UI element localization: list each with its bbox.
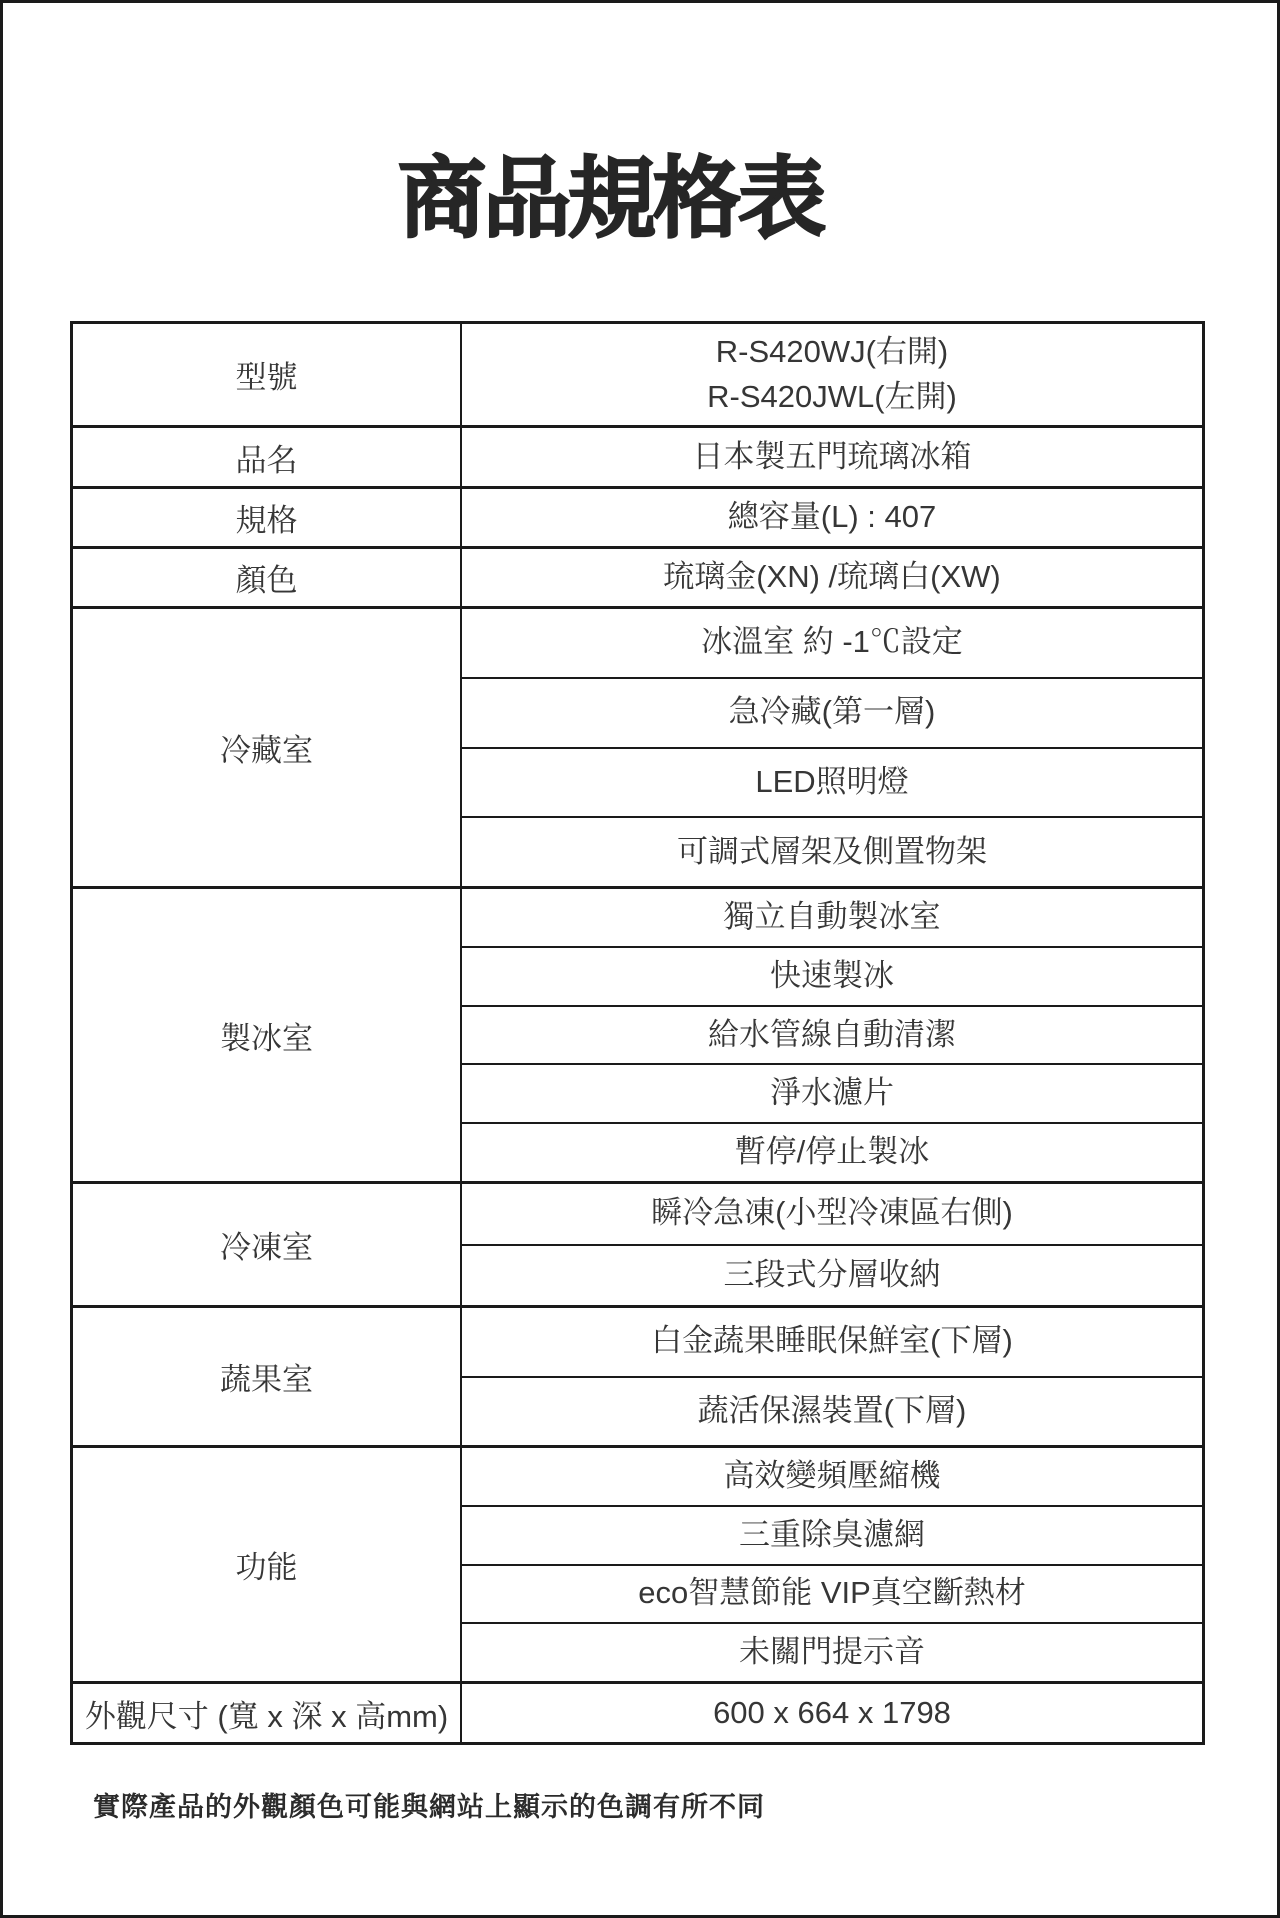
spec-value-cell: 暫停/停止製冰 <box>462 1122 1202 1181</box>
spec-value-cell: 三重除臭濾網 <box>462 1505 1202 1564</box>
spec-value-cell: 高效變頻壓縮機 <box>462 1448 1202 1505</box>
spec-value-cell: 獨立自動製冰室 <box>462 889 1202 946</box>
row-label: 顏色 <box>73 549 462 606</box>
row-values: 600 x 664 x 1798 <box>462 1684 1202 1742</box>
row-values: R-S420WJ(右開) R-S420JWL(左開) <box>462 324 1202 425</box>
spec-value-cell: 600 x 664 x 1798 <box>462 1684 1202 1742</box>
table-row: 製冰室獨立自動製冰室快速製冰給水管線自動清潔淨水濾片暫停/停止製冰 <box>73 886 1202 1181</box>
spec-value-cell: 冰溫室 約 -1℃設定 <box>462 609 1202 677</box>
spec-value-cell: 瞬冷急凍(小型冷凍區右側) <box>462 1184 1202 1244</box>
spec-sheet-page: 商品規格表 型號R-S420WJ(右開) R-S420JWL(左開)品名日本製五… <box>0 0 1280 1918</box>
row-values: 總容量(L) : 407 <box>462 489 1202 546</box>
row-label: 外觀尺寸 (寬 x 深 x 高mm) <box>73 1684 462 1742</box>
spec-value-cell: 日本製五門琉璃冰箱 <box>462 428 1202 486</box>
spec-value-cell: 琉璃金(XN) /琉璃白(XW) <box>462 549 1202 606</box>
table-row: 型號R-S420WJ(右開) R-S420JWL(左開) <box>73 324 1202 425</box>
row-values: 白金蔬果睡眠保鮮室(下層)蔬活保濕裝置(下層) <box>462 1308 1202 1445</box>
page-title: 商品規格表 <box>3 153 1218 245</box>
row-values: 獨立自動製冰室快速製冰給水管線自動清潔淨水濾片暫停/停止製冰 <box>462 889 1202 1181</box>
row-values: 日本製五門琉璃冰箱 <box>462 428 1202 486</box>
table-row: 冷藏室冰溫室 約 -1℃設定急冷藏(第一層)LED照明燈可調式層架及側置物架 <box>73 606 1202 886</box>
spec-value-cell: 給水管線自動清潔 <box>462 1005 1202 1064</box>
row-label: 冷凍室 <box>73 1184 462 1305</box>
spec-value-cell: 快速製冰 <box>462 946 1202 1005</box>
table-row: 冷凍室瞬冷急凍(小型冷凍區右側)三段式分層收納 <box>73 1181 1202 1305</box>
row-values: 瞬冷急凍(小型冷凍區右側)三段式分層收納 <box>462 1184 1202 1305</box>
table-row: 外觀尺寸 (寬 x 深 x 高mm)600 x 664 x 1798 <box>73 1681 1202 1742</box>
row-label: 冷藏室 <box>73 609 462 886</box>
row-label: 型號 <box>73 324 462 425</box>
row-values: 冰溫室 約 -1℃設定急冷藏(第一層)LED照明燈可調式層架及側置物架 <box>462 609 1202 886</box>
spec-table: 型號R-S420WJ(右開) R-S420JWL(左開)品名日本製五門琉璃冰箱規… <box>70 321 1205 1745</box>
spec-value-cell: eco智慧節能 VIP真空斷熱材 <box>462 1564 1202 1623</box>
row-values: 高效變頻壓縮機三重除臭濾網eco智慧節能 VIP真空斷熱材未關門提示音 <box>462 1448 1202 1681</box>
row-label: 品名 <box>73 428 462 486</box>
table-row: 規格總容量(L) : 407 <box>73 486 1202 546</box>
spec-value-cell: 三段式分層收納 <box>462 1244 1202 1306</box>
row-label: 製冰室 <box>73 889 462 1181</box>
spec-value-cell: 總容量(L) : 407 <box>462 489 1202 546</box>
spec-value-cell: 蔬活保濕裝置(下層) <box>462 1376 1202 1446</box>
footer-note: 實際產品的外觀顏色可能與網站上顯示的色調有所不同 <box>93 1785 765 1824</box>
table-row: 蔬果室白金蔬果睡眠保鮮室(下層)蔬活保濕裝置(下層) <box>73 1305 1202 1445</box>
spec-value-cell: R-S420WJ(右開) R-S420JWL(左開) <box>462 324 1202 425</box>
spec-value-cell: 淨水濾片 <box>462 1063 1202 1122</box>
spec-value-cell: LED照明燈 <box>462 747 1202 817</box>
spec-value-cell: 可調式層架及側置物架 <box>462 816 1202 886</box>
table-row: 功能高效變頻壓縮機三重除臭濾網eco智慧節能 VIP真空斷熱材未關門提示音 <box>73 1445 1202 1681</box>
spec-value-cell: 急冷藏(第一層) <box>462 677 1202 747</box>
table-row: 品名日本製五門琉璃冰箱 <box>73 425 1202 486</box>
row-values: 琉璃金(XN) /琉璃白(XW) <box>462 549 1202 606</box>
row-label: 功能 <box>73 1448 462 1681</box>
spec-value-cell: 白金蔬果睡眠保鮮室(下層) <box>462 1308 1202 1376</box>
table-row: 顏色琉璃金(XN) /琉璃白(XW) <box>73 546 1202 606</box>
spec-value-cell: 未關門提示音 <box>462 1622 1202 1681</box>
row-label: 規格 <box>73 489 462 546</box>
row-label: 蔬果室 <box>73 1308 462 1445</box>
